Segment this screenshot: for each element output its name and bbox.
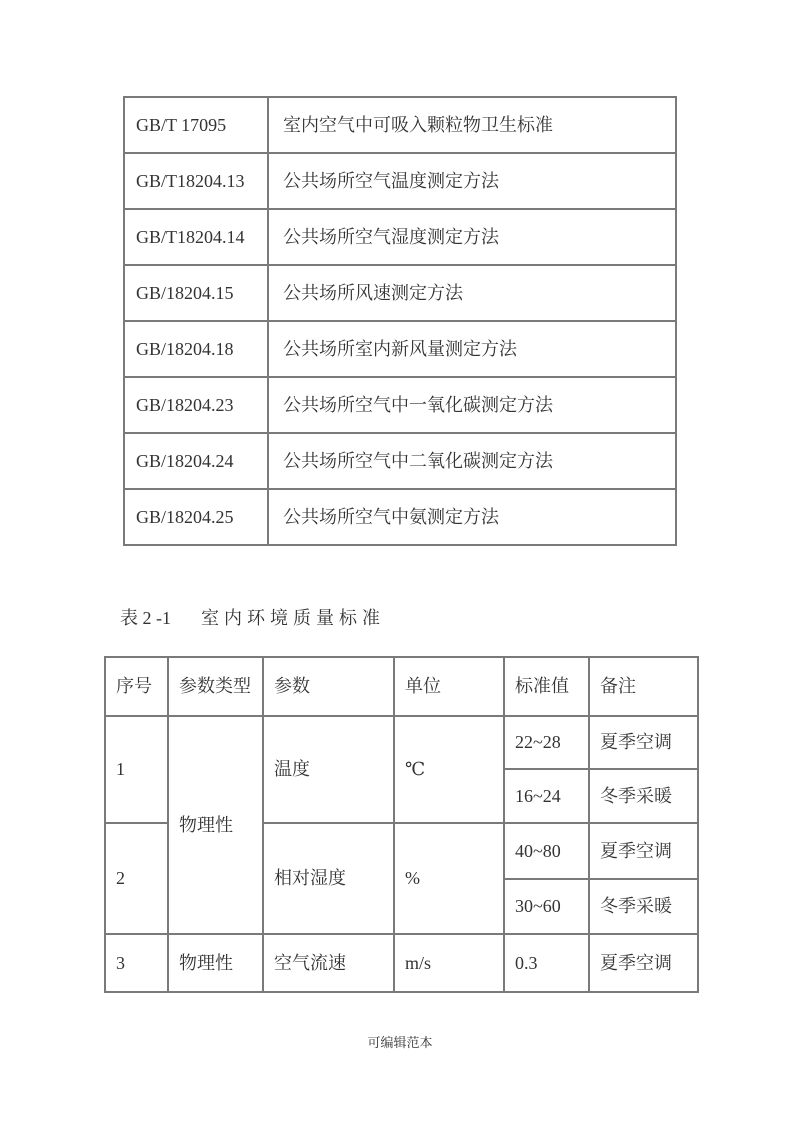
standard-code-cell: GB/18204.15 bbox=[124, 265, 268, 321]
standard-title-cell: 公共场所空气中氨测定方法 bbox=[268, 489, 676, 545]
standard-title-cell: 公共场所空气中二氧化碳测定方法 bbox=[268, 433, 676, 489]
standards-table: GB/T 17095 室内空气中可吸入颗粒物卫生标准 GB/T18204.13 … bbox=[123, 96, 677, 546]
value-cell: 22~28 bbox=[504, 716, 589, 769]
standard-code-cell: GB/18204.24 bbox=[124, 433, 268, 489]
type-cell: 物理性 bbox=[168, 716, 263, 934]
caption-label: 表 2 -1 bbox=[120, 608, 171, 628]
param-cell: 温度 bbox=[263, 716, 394, 823]
header-cell-type: 参数类型 bbox=[168, 657, 263, 716]
standards-row: GB/T18204.13 公共场所空气温度测定方法 bbox=[124, 153, 676, 209]
footer-text: 可编辑范本 bbox=[367, 1035, 432, 1050]
param-cell: 空气流速 bbox=[263, 934, 394, 992]
value-cell: 0.3 bbox=[504, 934, 589, 992]
standards-row: GB/18204.15 公共场所风速测定方法 bbox=[124, 265, 676, 321]
standards-row: GB/18204.18 公共场所室内新风量测定方法 bbox=[124, 321, 676, 377]
standard-title-cell: 公共场所空气温度测定方法 bbox=[268, 153, 676, 209]
note-cell: 夏季空调 bbox=[589, 716, 698, 769]
header-cell-note: 备注 bbox=[589, 657, 698, 716]
quality-header-row: 序号 参数类型 参数 单位 标准值 备注 bbox=[105, 657, 698, 716]
note-cell: 夏季空调 bbox=[589, 823, 698, 879]
header-cell-unit: 单位 bbox=[394, 657, 504, 716]
standards-row: GB/18204.25 公共场所空气中氨测定方法 bbox=[124, 489, 676, 545]
unit-cell: ℃ bbox=[394, 716, 504, 823]
header-cell-index: 序号 bbox=[105, 657, 168, 716]
table-caption: 表 2 -1室内环境质量标准 bbox=[120, 604, 385, 630]
note-cell: 夏季空调 bbox=[589, 934, 698, 992]
standard-code-cell: GB/T 17095 bbox=[124, 97, 268, 153]
standards-row: GB/T18204.14 公共场所空气湿度测定方法 bbox=[124, 209, 676, 265]
standard-title-cell: 室内空气中可吸入颗粒物卫生标准 bbox=[268, 97, 676, 153]
index-cell: 1 bbox=[105, 716, 168, 823]
value-cell: 40~80 bbox=[504, 823, 589, 879]
param-cell: 相对湿度 bbox=[263, 823, 394, 934]
value-cell: 16~24 bbox=[504, 769, 589, 823]
note-cell: 冬季采暖 bbox=[589, 769, 698, 823]
value-cell: 30~60 bbox=[504, 879, 589, 934]
standard-title-cell: 公共场所空气中一氧化碳测定方法 bbox=[268, 377, 676, 433]
caption-title: 室内环境质量标准 bbox=[201, 608, 385, 628]
index-cell: 3 bbox=[105, 934, 168, 992]
standard-title-cell: 公共场所空气湿度测定方法 bbox=[268, 209, 676, 265]
note-cell: 冬季采暖 bbox=[589, 879, 698, 934]
standard-code-cell: GB/18204.23 bbox=[124, 377, 268, 433]
header-cell-param: 参数 bbox=[263, 657, 394, 716]
standard-code-cell: GB/T18204.14 bbox=[124, 209, 268, 265]
standards-row: GB/18204.24 公共场所空气中二氧化碳测定方法 bbox=[124, 433, 676, 489]
index-cell: 2 bbox=[105, 823, 168, 934]
quality-table: 序号 参数类型 参数 单位 标准值 备注 1 物理性 温度 ℃ 22~28 夏季… bbox=[104, 656, 699, 993]
quality-row: 1 物理性 温度 ℃ 22~28 夏季空调 bbox=[105, 716, 698, 769]
page-footer: 可编辑范本 bbox=[0, 1032, 800, 1051]
standard-code-cell: GB/T18204.13 bbox=[124, 153, 268, 209]
standard-title-cell: 公共场所室内新风量测定方法 bbox=[268, 321, 676, 377]
header-cell-value: 标准值 bbox=[504, 657, 589, 716]
standards-row: GB/T 17095 室内空气中可吸入颗粒物卫生标准 bbox=[124, 97, 676, 153]
standard-code-cell: GB/18204.25 bbox=[124, 489, 268, 545]
unit-cell: m/s bbox=[394, 934, 504, 992]
type-cell: 物理性 bbox=[168, 934, 263, 992]
standard-title-cell: 公共场所风速测定方法 bbox=[268, 265, 676, 321]
document-page: GB/T 17095 室内空气中可吸入颗粒物卫生标准 GB/T18204.13 … bbox=[0, 0, 800, 1132]
quality-row: 3 物理性 空气流速 m/s 0.3 夏季空调 bbox=[105, 934, 698, 992]
standards-row: GB/18204.23 公共场所空气中一氧化碳测定方法 bbox=[124, 377, 676, 433]
unit-cell: % bbox=[394, 823, 504, 934]
standard-code-cell: GB/18204.18 bbox=[124, 321, 268, 377]
